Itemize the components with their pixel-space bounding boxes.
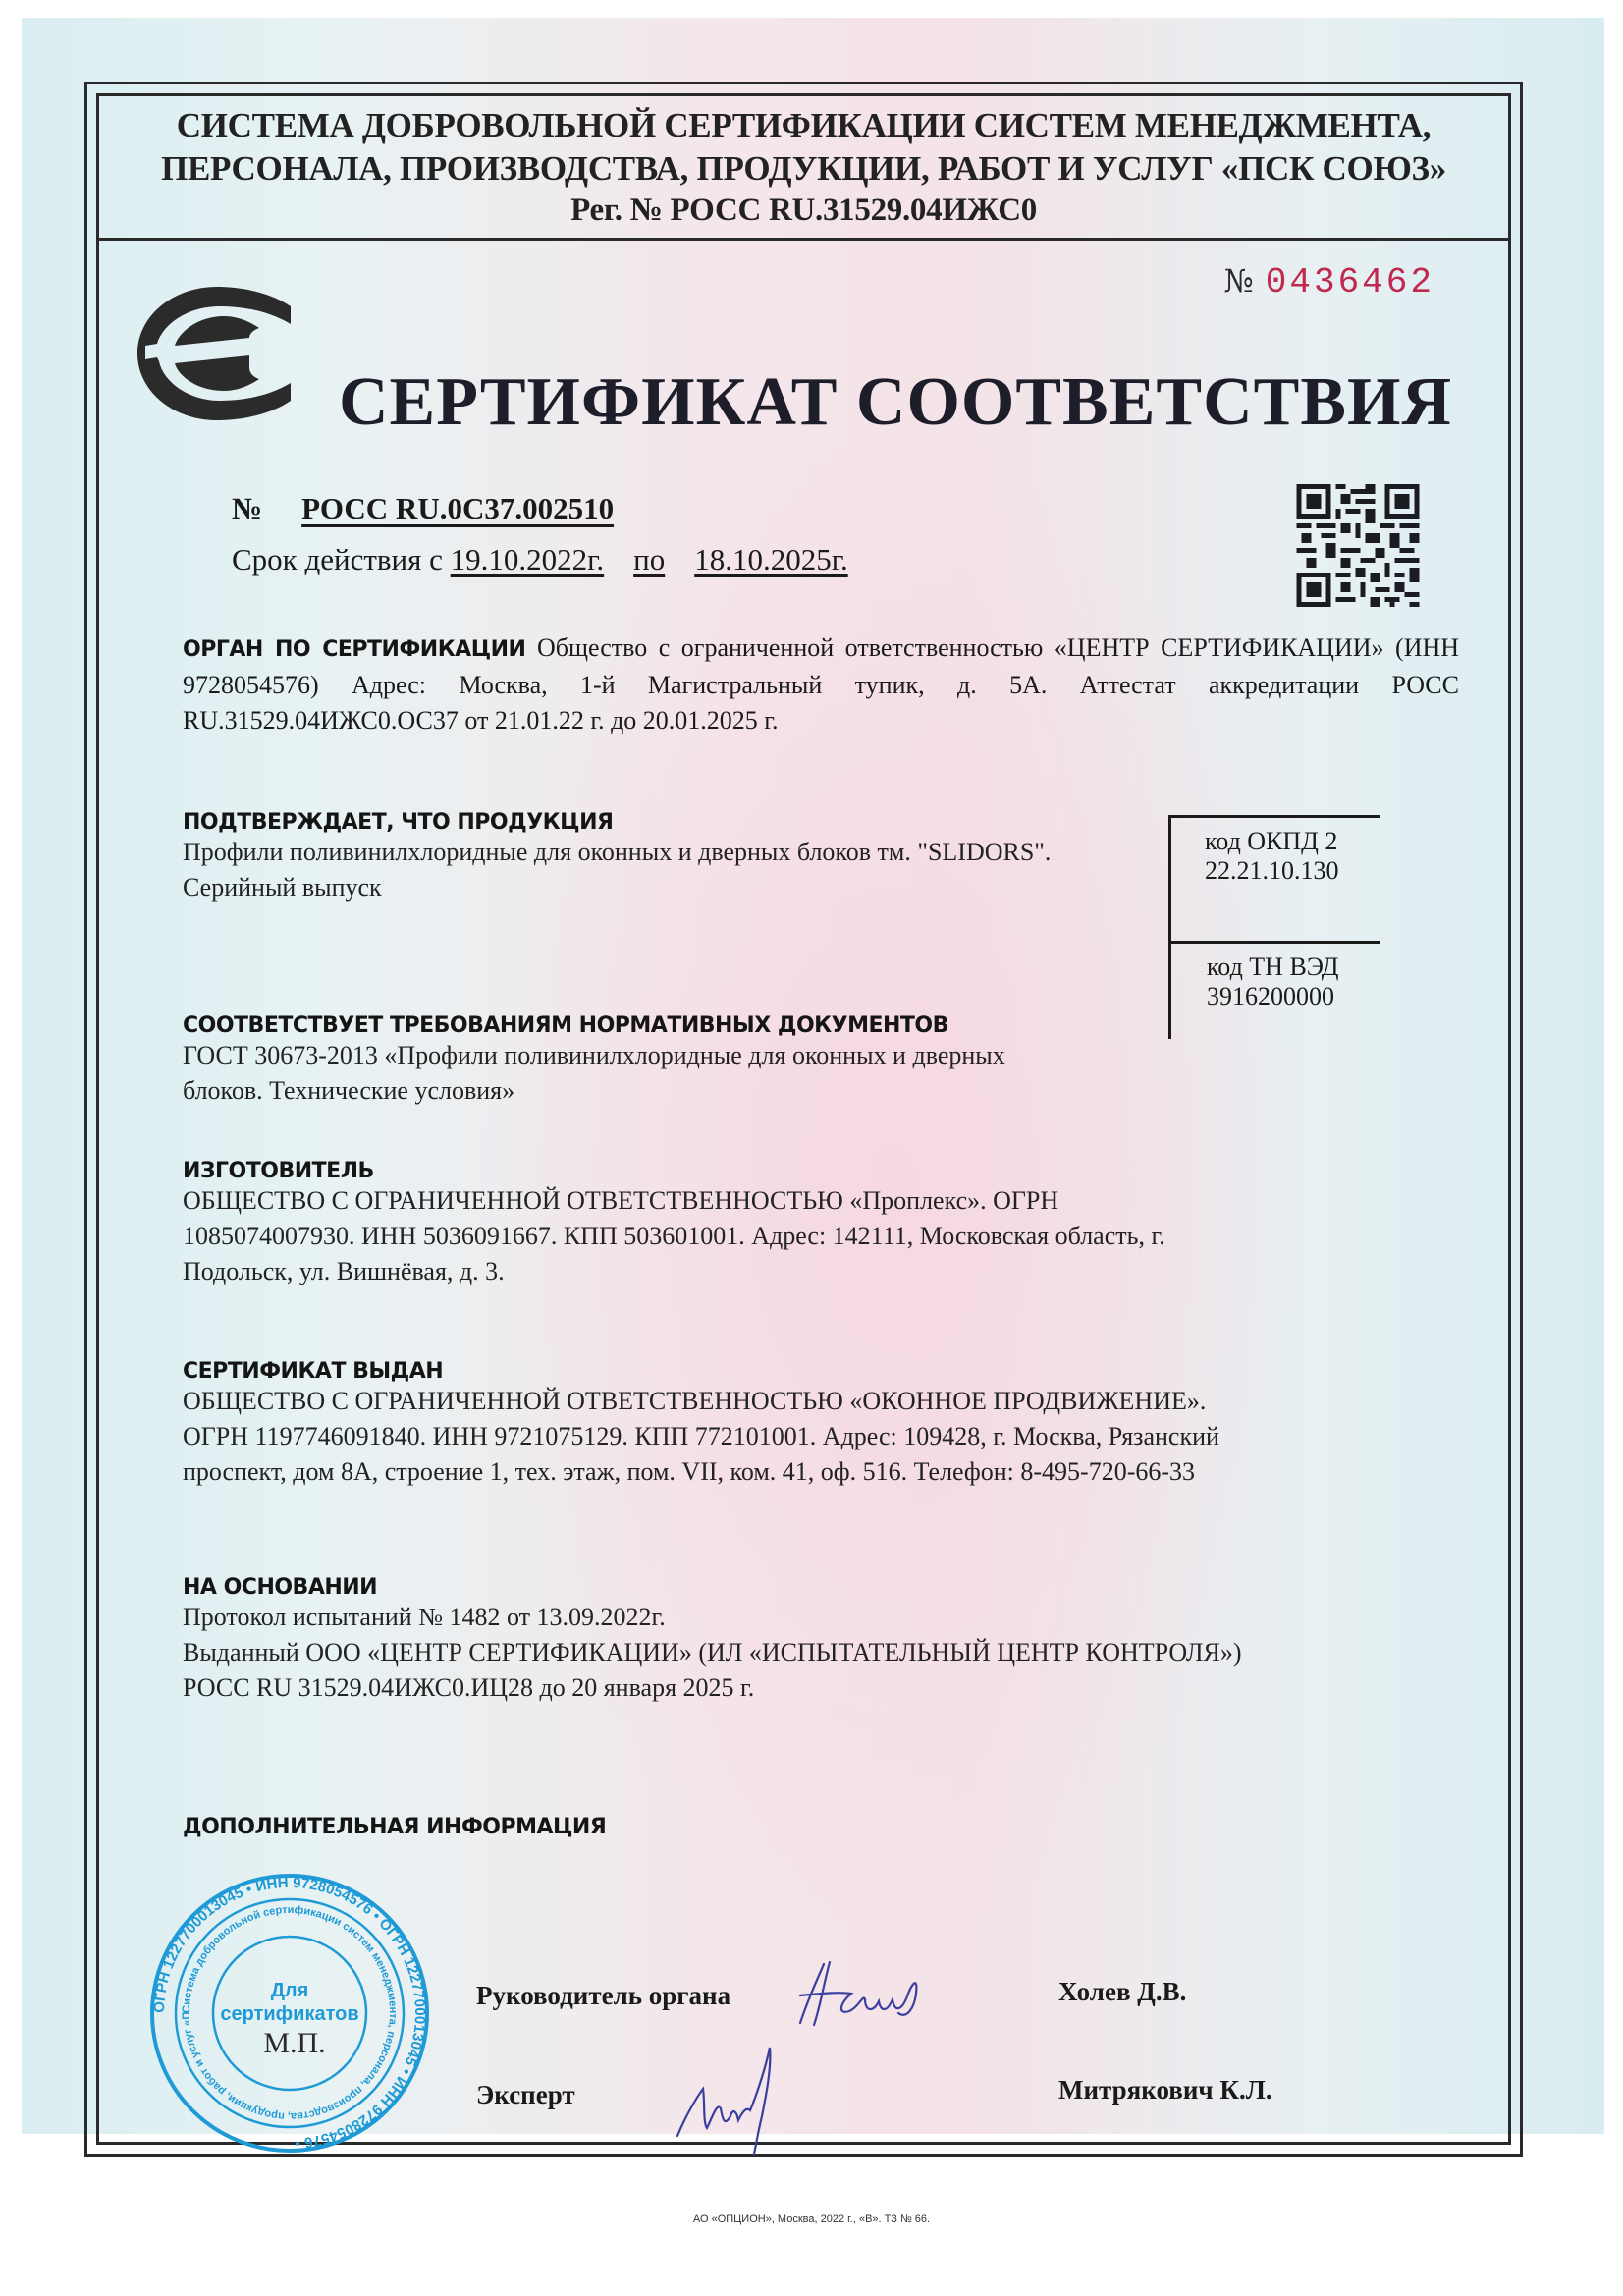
seal-stamp-icon: ОГРН 1227700013045 • ИНН 9728054576 • ОГ… <box>147 1871 432 2156</box>
basis-line-1: Протокол испытаний № 1482 от 13.09.2022г… <box>183 1600 1459 1635</box>
validity-period: Срок действия с 19.10.2022г.по18.10.2025… <box>232 542 848 577</box>
manufacturer-line-2: 1085074007930. ИНН 5036091667. КПП 50360… <box>183 1219 1459 1254</box>
product-section: ПОДТВЕРЖДАЕТ, ЧТО ПРОДУКЦИЯ Профили поли… <box>183 810 1164 905</box>
certificate-number-value: РОСС RU.0С37.002510 <box>301 491 614 525</box>
form-serial-number: №0436462 <box>1223 262 1434 302</box>
header-divider <box>96 238 1511 241</box>
qr-code-icon[interactable] <box>1294 484 1422 607</box>
tnved-label: код ТН ВЭД <box>1207 953 1339 982</box>
head-role-label: Руководитель органа <box>476 1981 730 2011</box>
stamp-center-top: Для <box>271 1980 309 2001</box>
certificate-number: №РОСС RU.0С37.002510 <box>232 491 614 526</box>
product-production-type: Серийный выпуск <box>183 870 1164 905</box>
certification-body-section: ОРГАН ПО СЕРТИФИКАЦИИ Общество с огранич… <box>183 630 1459 738</box>
serial-label: № <box>1223 262 1253 300</box>
issued-to-line-1: ОБЩЕСТВО С ОГРАНИЧЕННОЙ ОТВЕТСТВЕННОСТЬЮ… <box>183 1384 1459 1419</box>
valid-from-date: 19.10.2022г.по18.10.2025г. <box>451 542 848 576</box>
system-name-line-2: ПЕРСОНАЛА, ПРОИЗВОДСТВА, ПРОДУКЦИИ, РАБО… <box>96 149 1511 189</box>
issued-to-heading: СЕРТИФИКАТ ВЫДАН <box>183 1359 1459 1384</box>
system-registration-number: Рег. № РОСС RU.31529.04ИЖС0 <box>96 192 1511 229</box>
normative-document-line-2: блоков. Технические условия» <box>183 1073 1164 1109</box>
certificate-title: СЕРТИФИКАТ СООТВЕТСТВИЯ <box>339 363 1452 442</box>
manufacturer-section: ИЗГОТОВИТЕЛЬ ОБЩЕСТВО С ОГРАНИЧЕННОЙ ОТВ… <box>183 1159 1459 1289</box>
certification-body-heading: ОРГАН ПО СЕРТИФИКАЦИИ <box>183 637 525 662</box>
stamp-center-mid: сертификатов <box>220 2003 358 2025</box>
expert-signature-icon <box>668 2038 795 2156</box>
classification-codes-box: код ОКПД 2 22.21.10.130 код ТН ВЭД 39162… <box>1168 815 1384 1039</box>
normative-documents-section: СООТВЕТСТВУЕТ ТРЕБОВАНИЯМ НОРМАТИВНЫХ ДО… <box>183 1013 1164 1109</box>
system-name-line-1: СИСТЕМА ДОБРОВОЛЬНОЙ СЕРТИФИКАЦИИ СИСТЕМ… <box>96 106 1511 145</box>
head-signature-icon <box>781 1954 938 2033</box>
validity-to-word: по <box>633 542 665 576</box>
basis-line-3: РОСС RU 31529.04ИЖС0.ИЦ28 до 20 января 2… <box>183 1670 1459 1706</box>
basis-line-2: Выданный ООО «ЦЕНТР СЕРТИФИКАЦИИ» (ИЛ «И… <box>183 1635 1459 1670</box>
tnved-code: код ТН ВЭД 3916200000 <box>1207 953 1339 1011</box>
manufacturer-heading: ИЗГОТОВИТЕЛЬ <box>183 1159 1459 1183</box>
additional-info-section: ДОПОЛНИТЕЛЬНАЯ ИНФОРМАЦИЯ <box>183 1815 1459 1839</box>
basis-section: НА ОСНОВАНИИ Протокол испытаний № 1482 о… <box>183 1575 1459 1706</box>
product-heading: ПОДТВЕРЖДАЕТ, ЧТО ПРОДУКЦИЯ <box>183 810 1164 835</box>
basis-heading: НА ОСНОВАНИИ <box>183 1575 1459 1600</box>
certificate-number-label: № <box>232 491 262 525</box>
tnved-value: 3916200000 <box>1207 982 1339 1011</box>
issued-to-line-3: проспект, дом 8А, строение 1, тех. этаж,… <box>183 1454 1459 1490</box>
stamp-mp-label: М.П. <box>263 2027 325 2059</box>
okpd2-value: 22.21.10.130 <box>1205 856 1339 886</box>
issued-to-section: СЕРТИФИКАТ ВЫДАН ОБЩЕСТВО С ОГРАНИЧЕННОЙ… <box>183 1359 1459 1490</box>
serial-value: 0436462 <box>1266 262 1434 302</box>
expert-name: Митрякович К.Л. <box>1058 2075 1272 2105</box>
okpd2-code: код ОКПД 2 22.21.10.130 <box>1205 827 1339 886</box>
product-name: Профили поливинилхлоридные для оконных и… <box>183 835 1164 870</box>
valid-to-date: 18.10.2025г. <box>694 542 847 576</box>
issued-to-line-2: ОГРН 1197746091840. ИНН 9721075129. КПП … <box>183 1419 1459 1454</box>
manufacturer-line-3: Подольск, ул. Вишнёвая, д. 3. <box>183 1254 1459 1289</box>
normative-documents-heading: СООТВЕТСТВУЕТ ТРЕБОВАНИЯМ НОРМАТИВНЫХ ДО… <box>183 1013 1164 1038</box>
validity-prefix: Срок действия с <box>232 542 443 576</box>
manufacturer-line-1: ОБЩЕСТВО С ОГРАНИЧЕННОЙ ОТВЕТСТВЕННОСТЬЮ… <box>183 1183 1459 1219</box>
printer-imprint: АО «ОПЦИОН», Москва, 2022 г., «В». ТЗ № … <box>0 2214 1623 2225</box>
certification-system-logo-icon <box>134 285 300 422</box>
okpd2-label: код ОКПД 2 <box>1205 827 1339 856</box>
additional-info-heading: ДОПОЛНИТЕЛЬНАЯ ИНФОРМАЦИЯ <box>183 1815 1459 1839</box>
head-name: Холев Д.В. <box>1058 1977 1186 2007</box>
expert-role-label: Эксперт <box>476 2080 575 2110</box>
normative-document-line-1: ГОСТ 30673-2013 «Профили поливинилхлорид… <box>183 1038 1164 1073</box>
